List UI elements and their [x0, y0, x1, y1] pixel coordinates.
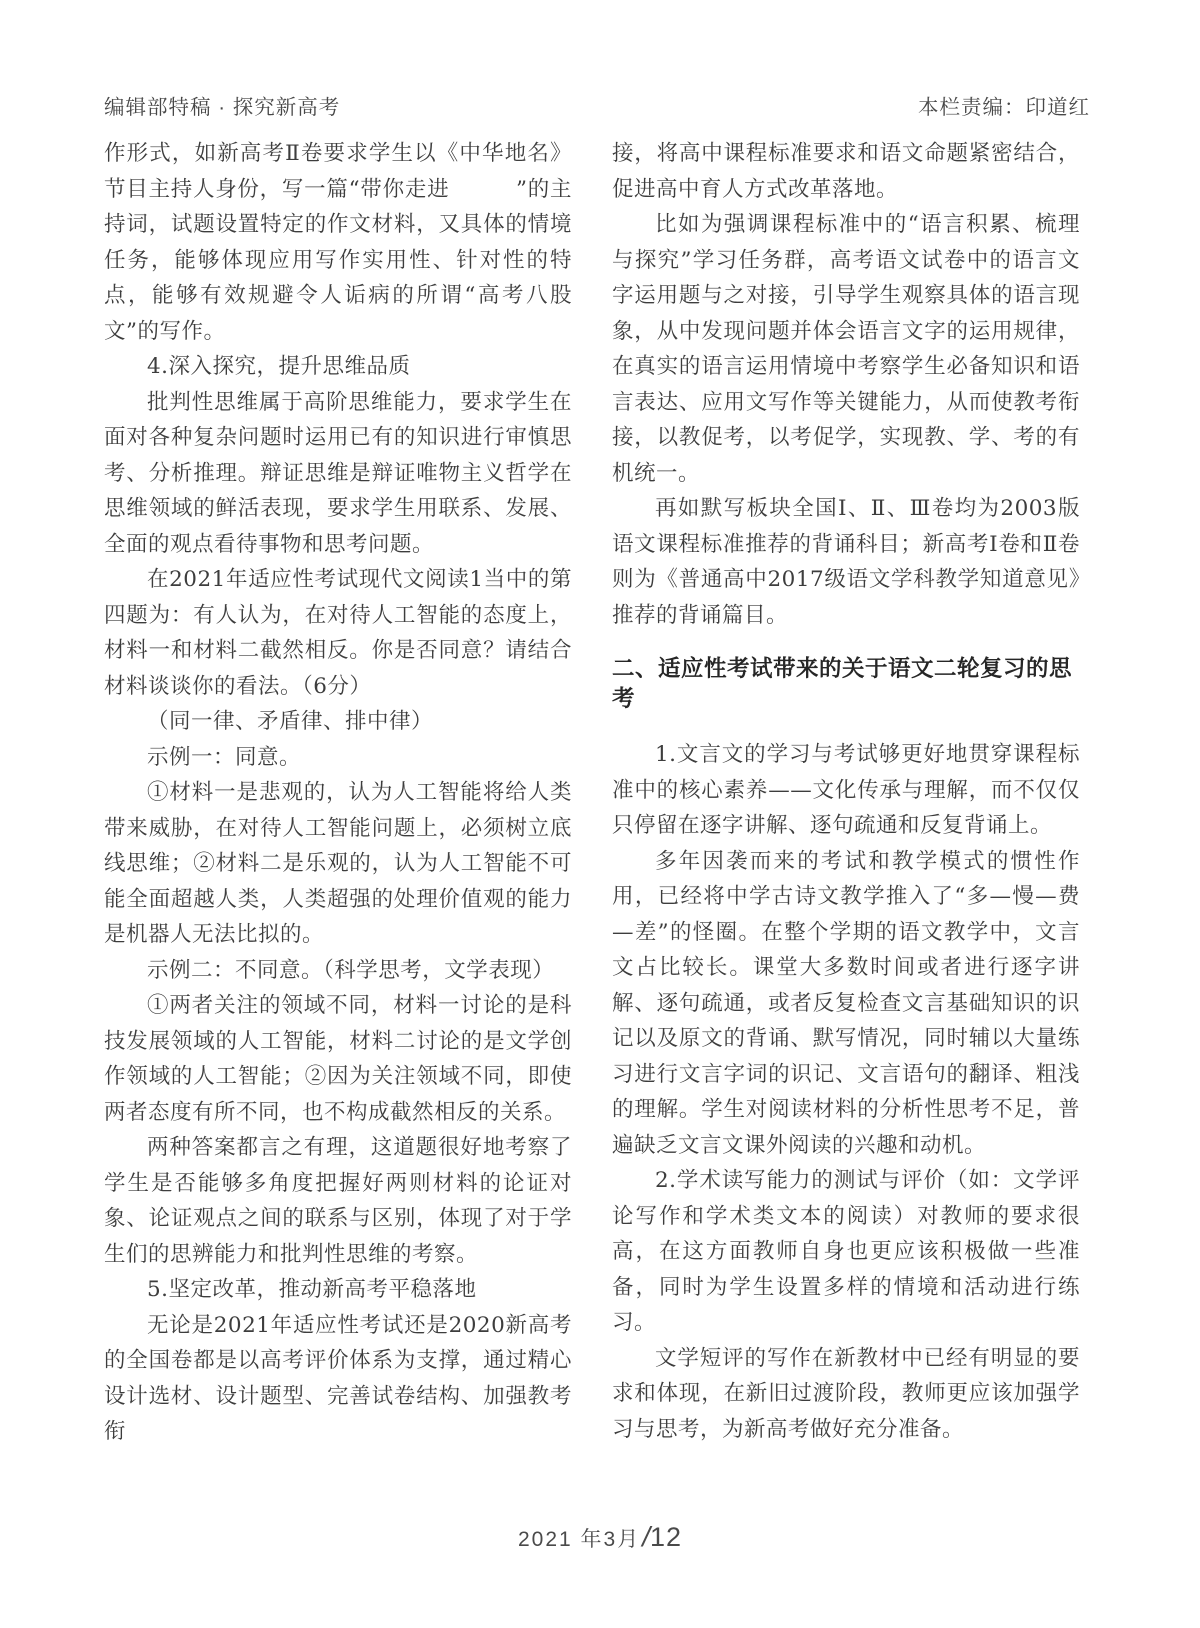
- paragraph: 多年因袭而来的考试和教学模式的惯性作用，已经将中学古诗文教学推入了“多—慢—费—…: [612, 844, 1080, 1164]
- left-column: 作形式，如新高考Ⅱ卷要求学生以《中华地名》节目主持人身份，写一篇“带你走进 ”的…: [104, 136, 572, 1450]
- paragraph: ①材料一是悲观的，认为人工智能将给人类带来威胁，在对待人工智能问题上，必须树立底…: [104, 775, 572, 953]
- paragraph: 两种答案都言之有理，这道题很好地考察了学生是否能够多角度把握好两则材料的论证对象…: [104, 1130, 572, 1272]
- right-column: 接，将高中课程标准要求和语文命题紧密结合，促进高中育人方式改革落地。 比如为强调…: [612, 136, 1080, 1450]
- subheading-5: 5.坚定改革，推动新高考平稳落地: [104, 1272, 572, 1308]
- running-head-right: 本栏责编：印道红: [918, 90, 1090, 120]
- paragraph: 比如为强调课程标准中的“语言积累、梳理与探究”学习任务群，高考语文试卷中的语言文…: [612, 207, 1080, 491]
- running-head: 编辑部特稿 · 探究新高考 本栏责编：印道红: [104, 90, 1090, 120]
- running-head-left: 编辑部特稿 · 探究新高考: [104, 90, 340, 120]
- paragraph: 示例二：不同意。（科学思考，文学表现）: [104, 953, 572, 989]
- two-column-body: 作形式，如新高考Ⅱ卷要求学生以《中华地名》节目主持人身份，写一篇“带你走进 ”的…: [104, 136, 1080, 1450]
- magazine-page: 编辑部特稿 · 探究新高考 本栏责编：印道红 作形式，如新高考Ⅱ卷要求学生以《中…: [0, 0, 1200, 1628]
- paragraph: 2.学术读写能力的测试与评价（如：文学评论写作和学术类文本的阅读）对教师的要求很…: [612, 1163, 1080, 1341]
- paragraph: 在2021年适应性考试现代文阅读1当中的第四题为：有人认为，在对待人工智能的态度…: [104, 562, 572, 704]
- paragraph: 1.文言文的学习与考试够更好地贯穿课程标准中的核心素养——文化传承与理解，而不仅…: [612, 737, 1080, 844]
- paragraph: 示例一：同意。: [104, 740, 572, 776]
- paragraph: 接，将高中课程标准要求和语文命题紧密结合，促进高中育人方式改革落地。: [612, 136, 1080, 207]
- footer-slash: /: [642, 1521, 650, 1552]
- paragraph: 无论是2021年适应性考试还是2020新高考的全国卷都是以高考评价体系为支撑，通…: [104, 1308, 572, 1450]
- paragraph: 再如默写板块全国Ⅰ、Ⅱ、Ⅲ卷均为2003版语文课程标准推荐的背诵科目；新高考Ⅰ卷…: [612, 491, 1080, 633]
- paragraph: 文学短评的写作在新教材中已经有明显的要求和体现，在新旧过渡阶段，教师更应该加强学…: [612, 1341, 1080, 1448]
- paragraph: （同一律、矛盾律、排中律）: [104, 704, 572, 740]
- paragraph: ①两者关注的领域不同，材料一讨论的是科技发展领域的人工智能，材料二讨论的是文学创…: [104, 988, 572, 1130]
- footer-page-number: 12: [650, 1522, 682, 1552]
- paragraph: 批判性思维属于高阶思维能力，要求学生在面对各种复杂问题时运用已有的知识进行审慎思…: [104, 385, 572, 563]
- footer-date: 2021 年3月: [518, 1528, 640, 1551]
- subheading-4: 4.深入探究，提升思维品质: [104, 349, 572, 385]
- section-heading: 二、适应性考试带来的关于语文二轮复习的思考: [612, 654, 1080, 714]
- page-footer: 2021 年3月/12: [0, 1521, 1200, 1553]
- paragraph: 作形式，如新高考Ⅱ卷要求学生以《中华地名》节目主持人身份，写一篇“带你走进 ”的…: [104, 136, 572, 349]
